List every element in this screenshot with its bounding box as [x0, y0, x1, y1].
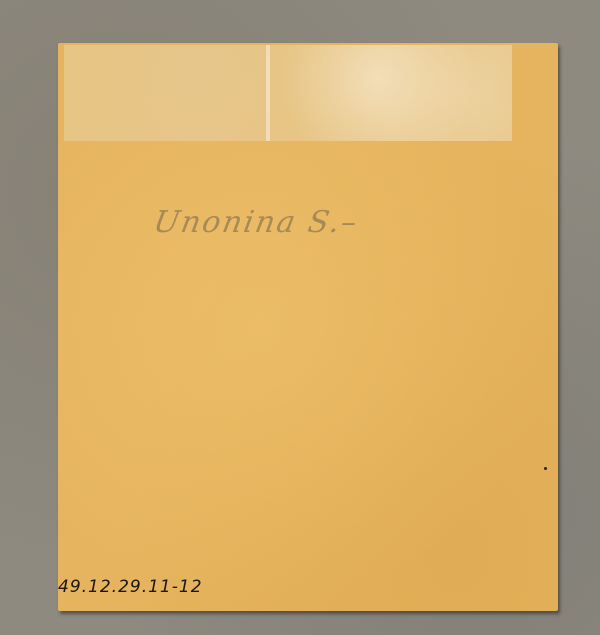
speck-mark [544, 467, 547, 470]
accession-number: 49.12.29.11-12 [58, 577, 203, 597]
pencil-inscription: Unonina S.– [151, 205, 362, 240]
specimen-card: Unonina S.– 49.12.29.11-12 [58, 43, 558, 611]
adhesive-tape-strip [64, 45, 512, 141]
tape-crease [266, 45, 270, 141]
